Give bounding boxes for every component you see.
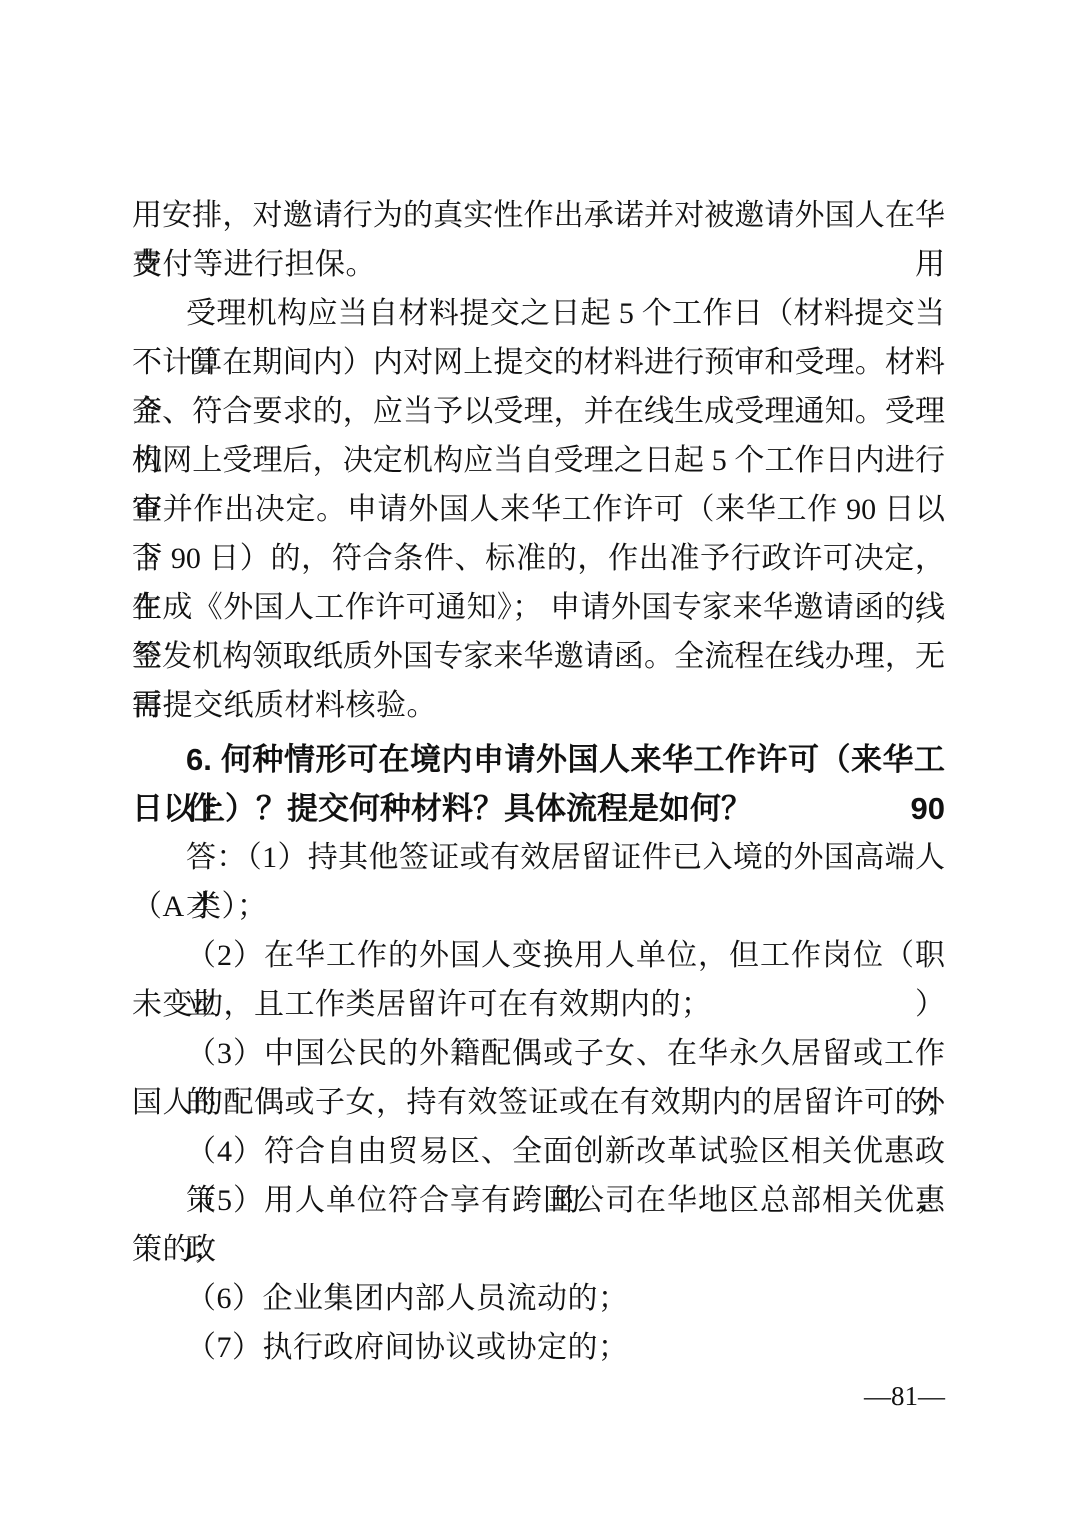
body-text-line: （6）企业集团内部人员流动的；: [132, 1274, 945, 1323]
body-text-line: 再提交纸质材料核验。: [132, 681, 945, 730]
body-text-line: 含 90 日）的，符合条件、标准的，作出准予行政许可决定，在线: [132, 534, 945, 583]
body-text-line: （2）在华工作的外国人变换用人单位，但工作岗位（职业）: [132, 931, 945, 980]
page-number: —81—: [864, 1381, 945, 1411]
body-text-line: （A 类）；: [132, 882, 945, 931]
body-text-line: （7）执行政府间协议或协定的；: [132, 1323, 945, 1372]
document-text: 用安排，对邀请行为的真实性作出承诺并对被邀请外国人在华费用支付等进行担保。受理机…: [132, 191, 945, 1372]
body-text-line: 策的；: [132, 1225, 945, 1274]
body-text-line: 查并作出决定。申请外国人来华工作许可（来华工作 90 日以下，: [132, 485, 945, 534]
body-text-line: 生成《外国人工作许可通知》； 申请外国专家来华邀请函的，至: [132, 583, 945, 632]
body-text-line: （5）用人单位符合享有跨国公司在华地区总部相关优惠政: [132, 1176, 945, 1225]
body-text-line: 不计算在期间内）内对网上提交的材料进行预审和受理。材料齐: [132, 338, 945, 387]
body-text-line: （3）中国公民的外籍配偶或子女、在华永久居留或工作的外: [132, 1029, 945, 1078]
body-text-line: 构网上受理后，决定机构应当自受理之日起 5 个工作日内进行审: [132, 436, 945, 485]
body-text-line: 受理机构应当自材料提交之日起 5 个工作日（材料提交当日: [132, 289, 945, 338]
body-text-line: 用安排，对邀请行为的真实性作出承诺并对被邀请外国人在华费用: [132, 191, 945, 240]
document-page: 用安排，对邀请行为的真实性作出承诺并对被邀请外国人在华费用支付等进行担保。受理机…: [0, 0, 1074, 1520]
body-text-line: （4）符合自由贸易区、全面创新改革试验区相关优惠政策的；: [132, 1127, 945, 1176]
body-text-line: 国人的配偶或子女，持有效签证或在有效期内的居留许可的；: [132, 1078, 945, 1127]
heading-line: 6. 何种情形可在境内申请外国人来华工作许可（来华工作 90: [132, 735, 945, 784]
body-text-line: 全、符合要求的，应当予以受理，并在线生成受理通知。受理机: [132, 387, 945, 436]
body-text-line: 签发机构领取纸质外国专家来华邀请函。全流程在线办理，无需: [132, 632, 945, 681]
body-text-line: 答：（1）持其他签证或有效居留证件已入境的外国高端人才: [132, 833, 945, 882]
